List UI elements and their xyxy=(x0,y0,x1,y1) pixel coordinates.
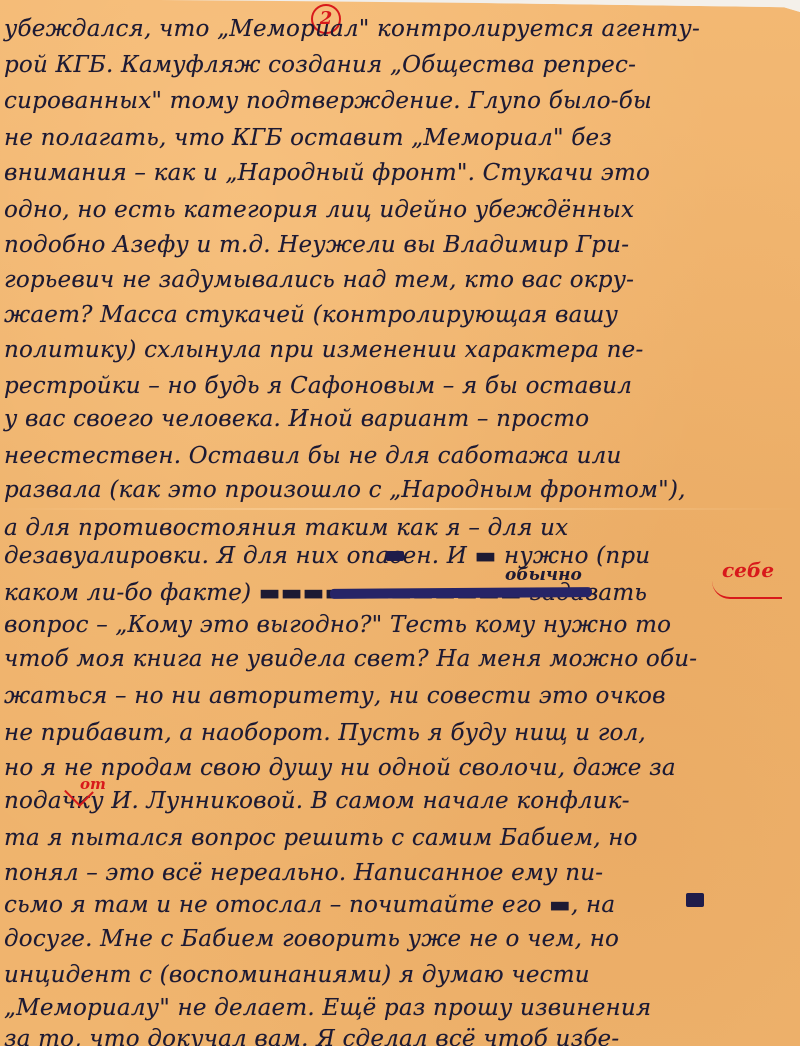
text-line-15: а для противостояния таким как я – для и… xyxy=(4,515,800,541)
text-line-20: жаться – но ни авторитету, ни совести эт… xyxy=(4,683,800,709)
text-line-5: внимания – как и „Народный фронт". Стука… xyxy=(4,160,800,186)
inserted-word-obychno: обычно xyxy=(505,565,582,585)
text-line-7: подобно Азефу и т.д. Неужели вы Владимир… xyxy=(4,232,800,258)
text-line-2: рой КГБ. Камуфляж создания „Общества реп… xyxy=(4,52,800,78)
text-line-3: сированных" тому подтверждение. Глупо бы… xyxy=(4,88,800,114)
text-line-8: горьевич не задумывались над тем, кто ва… xyxy=(4,267,800,293)
text-line-12: у вас своего человека. Иной вариант – пр… xyxy=(4,406,800,432)
text-line-4: не полагать, что КГБ оставит „Мемориал" … xyxy=(4,125,800,151)
text-line-21: не прибавит, а наоборот. Пусть я буду ни… xyxy=(4,720,800,746)
text-line-14: развала (как это произошло с „Народным ф… xyxy=(4,477,800,503)
text-line-29: „Мемориалу" не делает. Ещё раз прошу изв… xyxy=(4,995,800,1021)
text-line-11: рестройки – но будь я Сафоновым – я бы о… xyxy=(4,373,800,399)
ink-blot xyxy=(686,893,704,907)
ink-blot xyxy=(386,551,404,561)
text-line-19: чтоб моя книга не увидела свет? На меня … xyxy=(4,646,800,672)
text-line-10: политику) схлынула при изменении характе… xyxy=(4,337,800,363)
text-line-6: одно, но есть категория лиц идейно убежд… xyxy=(4,197,800,223)
text-line-25: понял – это всё нереально. Написанное ем… xyxy=(4,860,800,886)
text-line-1: убеждался, что „Мемориал" контролируется… xyxy=(4,16,800,42)
text-line-22: но я не продам свою душу ни одной сволоч… xyxy=(4,755,800,781)
text-line-18: вопрос – „Кому это выгодно?" Тесть кому … xyxy=(4,612,800,638)
text-line-24: та я пытался вопрос решить с самим Бабие… xyxy=(4,825,800,851)
text-line-23: подачку И. Лунниковой. В самом начале ко… xyxy=(4,788,800,814)
text-line-13: неестествен. Оставил бы не для саботажа … xyxy=(4,443,800,469)
text-line-9: жает? Масса стукачей (контролирующая ваш… xyxy=(4,302,800,328)
red-insert-caret xyxy=(712,575,782,599)
text-line-28: инцидент с (воспоминаниями) я думаю чест… xyxy=(4,962,800,988)
paper-fold xyxy=(0,508,800,510)
text-line-27: досуге. Мне с Бабием говорить уже не о ч… xyxy=(4,926,800,952)
struck-out-scribble xyxy=(330,587,592,599)
text-line-30: за то, что докучал вам. Я сделал всё что… xyxy=(4,1026,800,1046)
text-line-26: сьмо я там и не отослал – почитайте его … xyxy=(4,892,800,918)
